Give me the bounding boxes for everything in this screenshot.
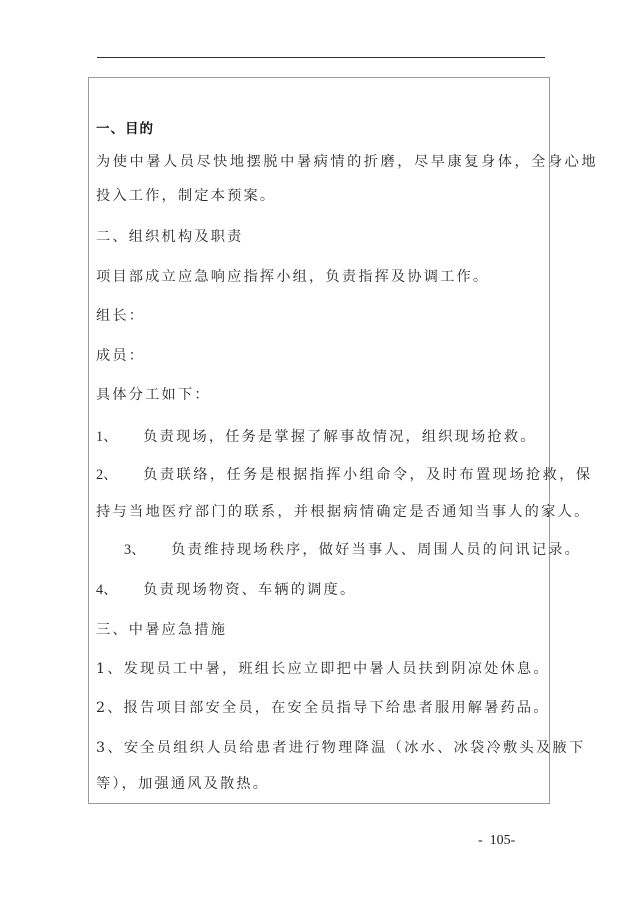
purpose-body-line-1: 为使中暑人员尽快地摆脱中暑病情的折磨，尽早康复身体，全身心地: [96, 153, 598, 171]
duty-text: 负责现场物资、车辆的调度。: [143, 582, 356, 598]
section-heading-measures: 三、中暑应急措施: [96, 621, 227, 639]
duty-item-2-continued: 持与当地医疗部门的联系，并根据病情确定是否通知当事人的家人。: [96, 503, 591, 521]
header-rule: [97, 57, 545, 58]
duty-item-2: 2、负责联络，任务是根据指挥小组命令，及时布置现场抢救，保: [96, 466, 593, 484]
duty-number: 4、: [96, 581, 117, 599]
duty-number: 2、: [96, 466, 117, 484]
page-number: - 105-: [478, 833, 515, 849]
purpose-body-line-2: 投入工作，制定本预案。: [96, 187, 276, 205]
members-label: 成员：: [96, 347, 145, 365]
section-heading-purpose: 一、目的: [96, 120, 154, 138]
organization-intro: 项目部成立应急响应指挥小组，负责指挥及协调工作。: [96, 268, 489, 286]
duty-text: 负责现场，任务是掌握了解事故情况，组织现场抢救。: [143, 429, 536, 445]
duty-item-3: 3、负责维持现场秩序，做好当事人、周围人员的问讯记录。: [124, 541, 581, 559]
measure-item-1: 1、发现员工中暑，班组长应立即把中暑人员扶到阴凉处休息。: [96, 660, 550, 678]
measure-item-3: 3、安全员组织人员给患者进行物理降温（冰水、冰袋冷敷头及腋下: [96, 739, 585, 757]
duty-text: 负责维持现场秩序，做好当事人、周围人员的问讯记录。: [171, 542, 581, 558]
duty-number: 1、: [96, 428, 117, 446]
duty-item-4: 4、负责现场物资、车辆的调度。: [96, 581, 356, 599]
division-label: 具体分工如下：: [96, 386, 211, 404]
duty-item-1: 1、负责现场，任务是掌握了解事故情况，组织现场抢救。: [96, 428, 537, 446]
duty-text: 负责联络，任务是根据指挥小组命令，及时布置现场抢救，保: [143, 467, 592, 483]
duty-number: 3、: [124, 541, 145, 559]
section-heading-organization: 二、组织机构及职责: [96, 228, 244, 246]
measure-item-3-continued: 等），加强通风及散热。: [96, 775, 269, 793]
leader-label: 组长：: [96, 307, 145, 325]
measure-item-2: 2、报告项目部安全员，在安全员指导下给患者服用解暑药品。: [96, 699, 550, 717]
